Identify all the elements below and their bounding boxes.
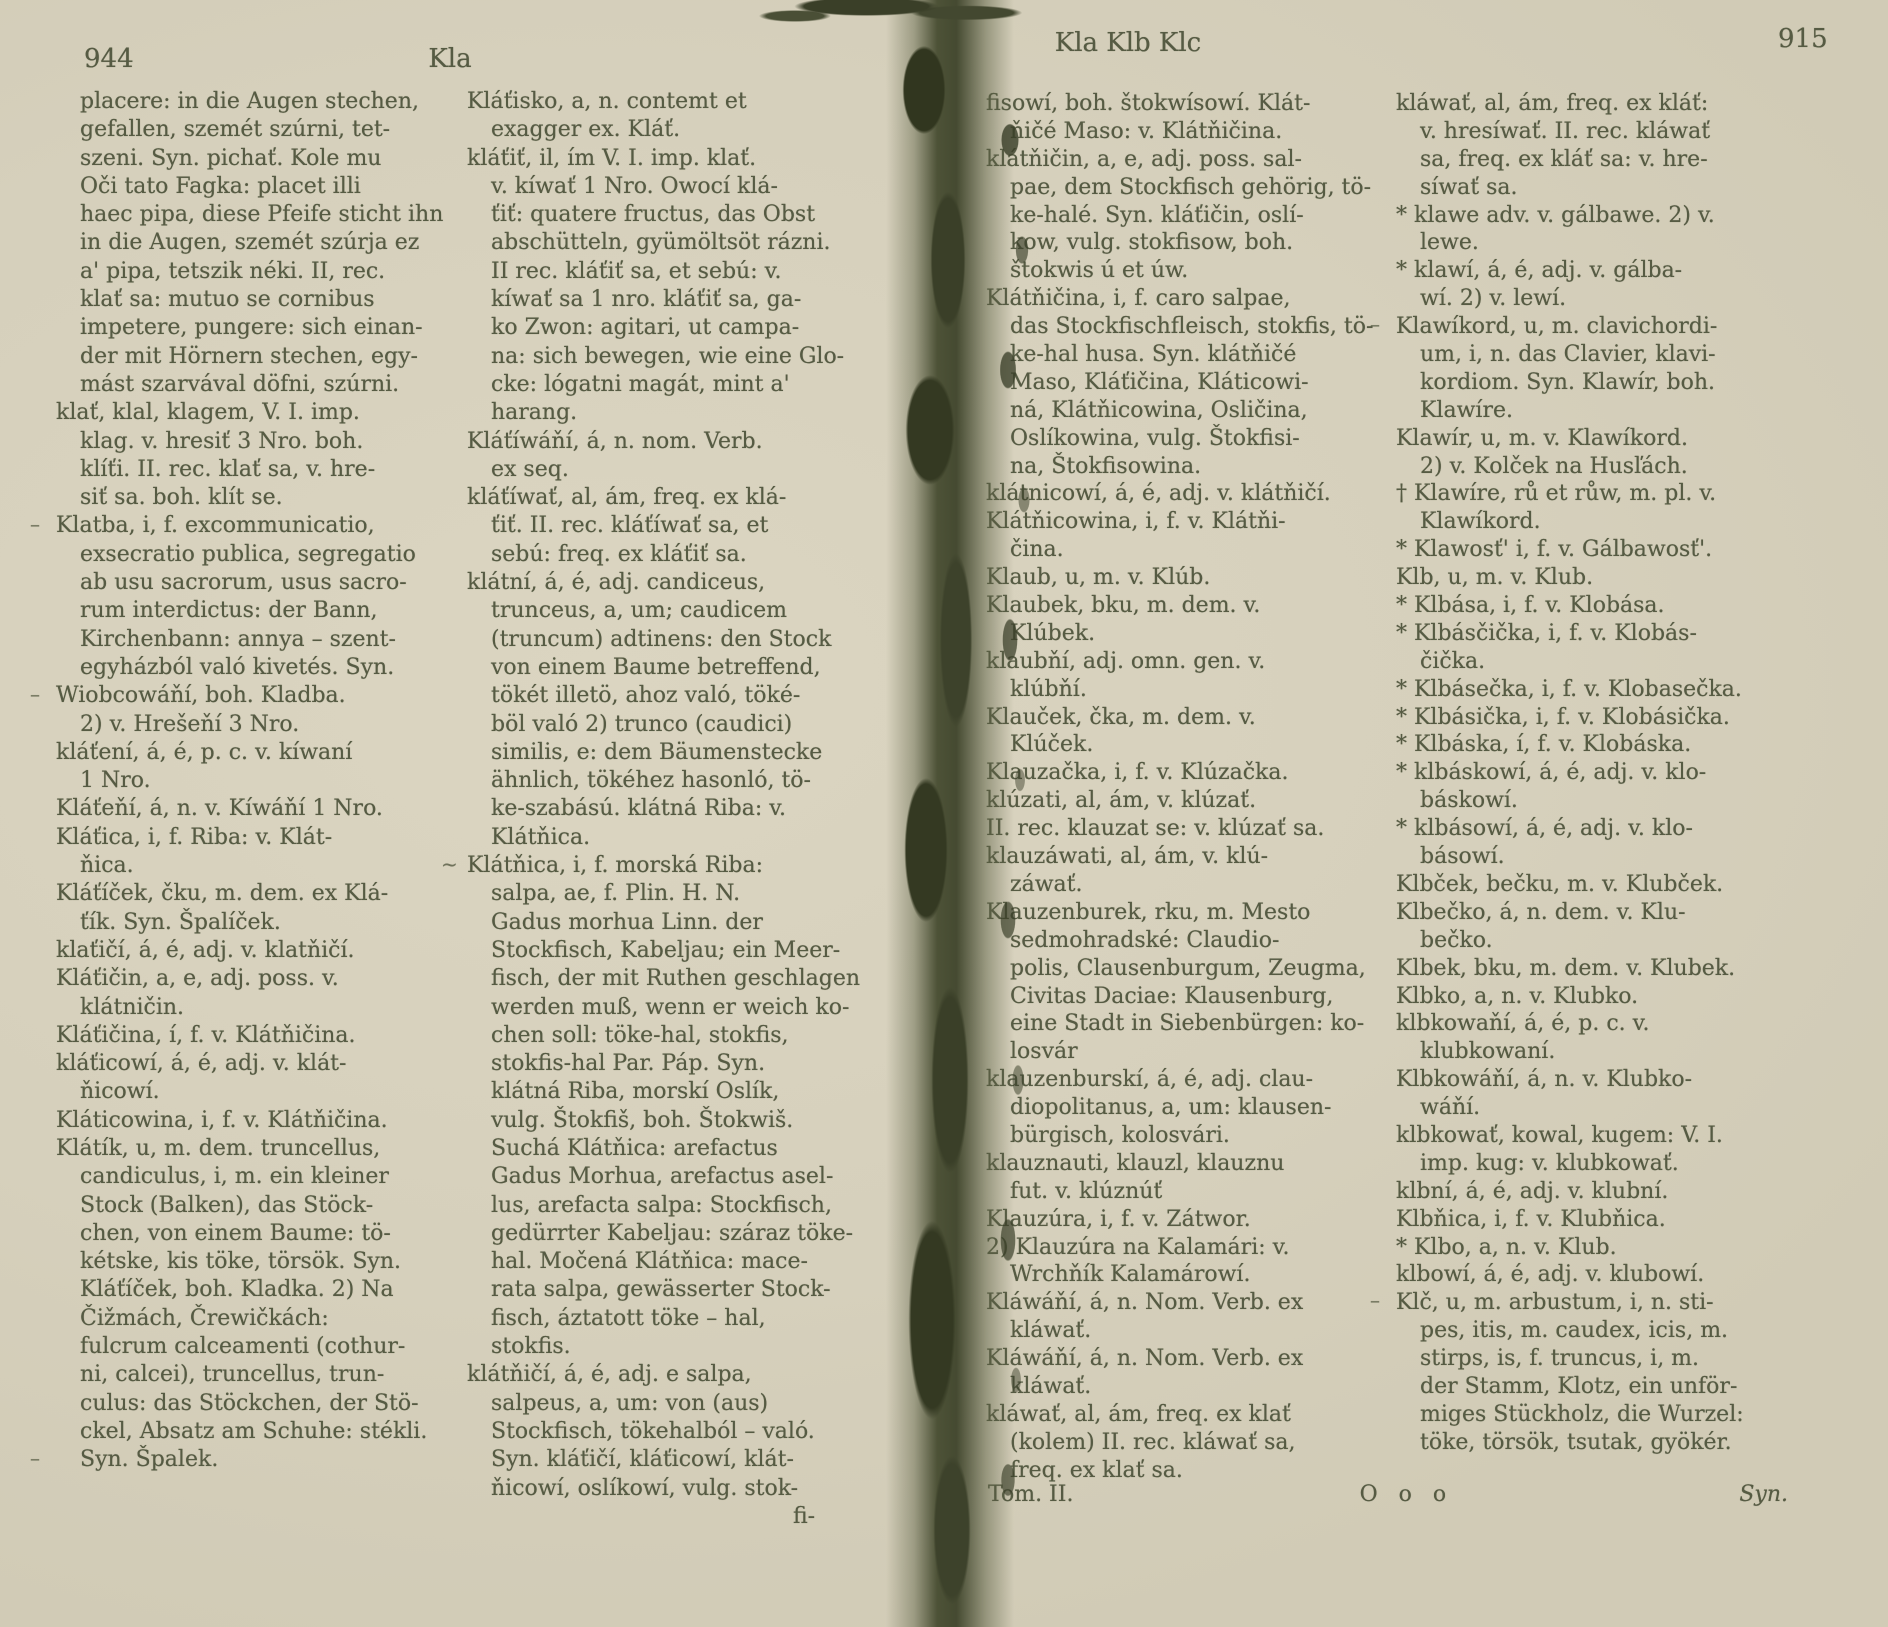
text-line: stokfis. — [467, 1333, 907, 1361]
line-text: Kláwáňí, á, n. Nom. Verb. ex — [986, 1290, 1303, 1315]
text-line: hal. Močená Klátňica: mace- — [467, 1248, 907, 1276]
line-text: fisowí, boh. štokwísowí. Klát- — [986, 91, 1310, 116]
line-text: 2) Klauzúra na Kalamári: v. — [986, 1235, 1289, 1260]
text-line: klátní, á, é, adj. candiceus, — [467, 569, 907, 597]
text-line: 2) Klauzúra na Kalamári: v. — [986, 1234, 1398, 1262]
line-text: egyházból való kivetés. Syn. — [80, 655, 394, 680]
text-line: * Klbása, i, f. v. Klobása. — [1396, 592, 1848, 620]
text-line: * klawe adv. v. gálbawe. 2) v. — [1396, 202, 1848, 230]
line-text: sedmohradské: Claudio- — [1010, 928, 1279, 953]
line-text: stirps, is, f. truncus, i, m. — [1420, 1346, 1699, 1371]
line-text: ke-szabású. klátná Riba: v. — [491, 796, 786, 821]
line-text: * klbáskowí, á, é, adj. v. klo- — [1396, 760, 1706, 785]
line-text: ckel, Absatz am Schuhe: stékli. — [80, 1419, 427, 1444]
line-text: siť sa. boh. klít se. — [80, 485, 283, 510]
line-text: rum interdictus: der Bann, — [80, 598, 378, 623]
line-text: klbní, á, é, adj. v. klubní. — [1396, 1179, 1668, 1204]
text-line: ähnlich, tökéhez hasonló, tö- — [467, 767, 907, 795]
dictionary-column-right-2: kláwať, al, ám, freq. ex kláť:v. hresíwa… — [1396, 90, 1848, 1457]
line-text: Klátňicowina, i, f. v. Klátňi- — [986, 509, 1286, 534]
line-text: Syn. kláťičí, kláťicowí, klát- — [491, 1447, 794, 1472]
line-text: chen soll: töke-hal, stokfis, — [491, 1023, 789, 1048]
text-line: ni, calcei), truncellus, trun- — [56, 1361, 458, 1389]
line-text: Klauzúra, i, f. v. Zátwor. — [986, 1207, 1251, 1232]
line-text: vulg. Štokfiš, boh. Štokwiš. — [491, 1108, 793, 1133]
text-line: ňičé Maso: v. Klátňičina. — [986, 118, 1398, 146]
text-line: Klátňičina, i, f. caro salpae, — [986, 285, 1398, 313]
text-line: klať sa: mutuo se cornibus — [56, 286, 458, 314]
text-line: fisowí, boh. štokwísowí. Klát- — [986, 90, 1398, 118]
text-line: * Klbásečka, i, f. v. Klobasečka. — [1396, 676, 1848, 704]
line-text: klať, klal, klagem, V. I. imp. — [56, 400, 360, 425]
text-line: um, i, n. das Clavier, klavi- — [1396, 341, 1848, 369]
line-text: salpeus, a, um: von (aus) — [491, 1391, 768, 1416]
text-line: v. hresíwať. II. rec. kláwať — [1396, 118, 1848, 146]
text-line: ťík. Syn. Špalíček. — [56, 909, 458, 937]
line-text: ex seq. — [491, 457, 569, 482]
line-text: imp. kug: v. klubkowať. — [1420, 1151, 1679, 1176]
text-line: 2) v. Kolček na Husľách. — [1396, 453, 1848, 481]
line-text: Kláťisko, a, n. contemt et — [467, 89, 747, 114]
text-line: Suchá Klátňica: arefactus — [467, 1135, 907, 1163]
text-line: das Stockfischfleisch, stokfis, tö- — [986, 313, 1398, 341]
line-text: Stockfisch, tökehalból – való. — [491, 1419, 815, 1444]
text-line: kláwať, al, ám, freq. ex klať — [986, 1401, 1398, 1429]
text-line: básowí. — [1396, 843, 1848, 871]
text-line: bečko. — [1396, 927, 1848, 955]
text-line: Klbňica, i, f. v. Klubňica. — [1396, 1206, 1848, 1234]
line-text: Wiobcowáňí, boh. Kladba. — [56, 683, 346, 708]
text-line: klauzenburskí, á, é, adj. clau- — [986, 1066, 1398, 1094]
text-line: kláwať. — [986, 1373, 1398, 1401]
text-line: Syn. kláťičí, kláťicowí, klát- — [467, 1446, 907, 1474]
line-text: Klawír, u, m. v. Klawíkord. — [1396, 426, 1688, 451]
text-line: Klbečko, á, n. dem. v. Klu- — [1396, 899, 1848, 927]
text-line: Kláťíček, čku, m. dem. ex Klá- — [56, 880, 458, 908]
line-text: Kláťičin, a, e, adj. poss. v. — [56, 966, 339, 991]
text-line: čina. — [986, 536, 1398, 564]
text-line: kláťicowí, á, é, adj. v. klát- — [56, 1050, 458, 1078]
text-line: ke-hal husa. Syn. klátňičé — [986, 341, 1398, 369]
text-line: klbowí, á, é, adj. v. klubowí. — [1396, 1261, 1848, 1289]
line-text: Klbečko, á, n. dem. v. Klu- — [1396, 900, 1686, 925]
text-line: ťiť: quatere fructus, das Obst — [467, 201, 907, 229]
text-line: klátnicowí, á, é, adj. v. klátňičí. — [986, 480, 1398, 508]
line-text: Klauzenburek, rku, m. Mesto — [986, 900, 1310, 925]
text-line: cke: lógatni magát, mint a' — [467, 371, 907, 399]
line-text: Suchá Klátňica: arefactus — [491, 1136, 778, 1161]
text-line: ťiť. II. rec. kláťíwať sa, et — [467, 512, 907, 540]
text-line: Klbek, bku, m. dem. v. Klubek. — [1396, 955, 1848, 983]
line-text: básowí. — [1420, 844, 1505, 869]
text-line: 1 Nro. — [56, 767, 458, 795]
text-line: salpa, ae, f. Plin. H. N. — [467, 880, 907, 908]
text-line: exsecratio publica, segregatio — [56, 541, 458, 569]
text-line: losvár — [986, 1038, 1398, 1066]
line-text: Klč, u, m. arbustum, i, n. sti- — [1396, 1290, 1714, 1315]
text-line: Kláticowina, i, f. v. Klátňičina. — [56, 1107, 458, 1135]
text-line: sa, freq. ex kláť sa: v. hre- — [1396, 146, 1848, 174]
text-line: fisch, der mit Ruthen geschlagen — [467, 965, 907, 993]
line-text: bürgisch, kolosvári. — [1010, 1123, 1230, 1148]
text-line: Kláťisko, a, n. contemt et — [467, 88, 907, 116]
text-line: –Wiobcowáňí, boh. Kladba. — [56, 682, 458, 710]
text-line: záwať. — [986, 871, 1398, 899]
text-line: klaťičí, á, é, adj. v. klatňičí. — [56, 937, 458, 965]
text-line: na: sich bewegen, wie eine Glo- — [467, 343, 907, 371]
running-head-right: Kla Klb Klc — [998, 28, 1258, 58]
margin-mark: – — [30, 680, 40, 708]
text-line: Civitas Daciae: Klausenburg, — [986, 983, 1398, 1011]
text-line: sebú: freq. ex kláťiť sa. — [467, 541, 907, 569]
text-line: lus, arefacta salpa: Stockfisch, — [467, 1192, 907, 1220]
line-text: * Klbáska, í, f. v. Klobáska. — [1396, 732, 1691, 757]
line-text: a' pipa, tetszik néki. II, rec. — [80, 259, 385, 284]
text-line: rata salpa, gewässerter Stock- — [467, 1276, 907, 1304]
text-line: Klátňica. — [467, 824, 907, 852]
text-line: klbní, á, é, adj. v. klubní. — [1396, 1178, 1848, 1206]
line-text: placere: in die Augen stechen, — [80, 89, 419, 114]
text-line: klíťi. II. rec. klať sa, v. hre- — [56, 456, 458, 484]
line-text: Kláťica, i, f. Riba: v. Klát- — [56, 825, 332, 850]
line-text: sebú: freq. ex kláťiť sa. — [491, 542, 747, 567]
margin-mark: – — [30, 510, 40, 538]
text-line: tökét illetö, ahoz való, töké- — [467, 682, 907, 710]
line-text: kétske, kis töke, törsök. Syn. — [80, 1249, 401, 1274]
line-text: exsecratio publica, segregatio — [80, 542, 416, 567]
line-text: stokfis-hal Par. Páp. Syn. — [491, 1051, 765, 1076]
text-line: der mit Hörnern stechen, egy- — [56, 343, 458, 371]
text-line: † Klawíre, rů et růw, m. pl. v. — [1396, 480, 1848, 508]
line-text: klauzáwati, al, ám, v. klú- — [986, 844, 1268, 869]
line-text: klíťi. II. rec. klať sa, v. hre- — [80, 457, 375, 482]
text-line: síwať sa. — [1396, 174, 1848, 202]
line-text: böl való 2) trunco (caudici) — [491, 712, 792, 737]
line-text: freq. ex klať sa. — [1010, 1458, 1183, 1483]
text-line: –Klatba, i, f. excommunicatio, — [56, 512, 458, 540]
text-line: wí. 2) v. lewí. — [1396, 285, 1848, 313]
line-text: gedürrter Kabeljau: száraz töke- — [491, 1221, 853, 1246]
text-line: –Klawíkord, u, m. clavichordi- — [1396, 313, 1848, 341]
text-line: der Stamm, Klotz, ein unför- — [1396, 1373, 1848, 1401]
text-line: klbkowať, kowal, kugem: V. I. — [1396, 1122, 1848, 1150]
line-text: ab usu sacrorum, usus sacro- — [80, 570, 407, 595]
line-text: Civitas Daciae: Klausenburg, — [1010, 984, 1333, 1009]
line-text: klátnicowí, á, é, adj. v. klátňičí. — [986, 481, 1331, 506]
text-line: werden muß, wenn er weich ko- — [467, 994, 907, 1022]
line-text: Stockfisch, Kabeljau; ein Meer- — [491, 938, 840, 963]
line-text: Klbček, bečku, m. v. Klubček. — [1396, 872, 1723, 897]
text-line: a' pipa, tetszik néki. II, rec. — [56, 258, 458, 286]
text-line: ňica. — [56, 852, 458, 880]
text-line: * klbásowí, á, é, adj. v. klo- — [1396, 815, 1848, 843]
line-text: v. hresíwať. II. rec. kláwať — [1420, 119, 1710, 144]
line-text: das Stockfischfleisch, stokfis, tö- — [1010, 314, 1373, 339]
line-text: fisch, der mit Ruthen geschlagen — [491, 966, 860, 991]
text-line: gefallen, szemét szúrni, tet- — [56, 116, 458, 144]
text-line: Klauček, čka, m. dem. v. — [986, 704, 1398, 732]
line-text: na: sich bewegen, wie eine Glo- — [491, 344, 844, 369]
text-line: 2) v. Hrešeňí 3 Nro. — [56, 711, 458, 739]
text-line: harang. — [467, 399, 907, 427]
line-text: Kláticowina, i, f. v. Klátňičina. — [56, 1108, 388, 1133]
text-line: v. kíwať 1 Nro. Owocí klá- — [467, 173, 907, 201]
line-text: klať sa: mutuo se cornibus — [80, 287, 375, 312]
line-text: kláwať, al, ám, freq. ex kláť: — [1396, 91, 1708, 116]
text-line: szeni. Syn. pichať. Kole mu — [56, 145, 458, 173]
text-line: klať, klal, klagem, V. I. imp. — [56, 399, 458, 427]
text-line: Oslíkowina, vulg. Štokfisi- — [986, 425, 1398, 453]
text-line: böl való 2) trunco (caudici) — [467, 711, 907, 739]
text-line: kordiom. Syn. Klawír, boh. — [1396, 369, 1848, 397]
line-text: werden muß, wenn er weich ko- — [491, 995, 849, 1020]
text-line: Gadus morhua Linn. der — [467, 909, 907, 937]
line-text: abschütteln, gyümöltsöt rázni. — [491, 230, 831, 255]
text-line: Klaubek, bku, m. dem. v. — [986, 592, 1398, 620]
text-line: fulcrum calceamenti (cothur- — [56, 1333, 458, 1361]
text-line: culus: das Stöckchen, der Stö- — [56, 1390, 458, 1418]
text-line: ňicowí, oslíkowí, vulg. stok- — [467, 1475, 907, 1503]
dictionary-column-left-2: Kláťisko, a, n. contemt etexagger ex. Kl… — [467, 88, 907, 1503]
text-line: von einem Baume betreffend, — [467, 654, 907, 682]
text-line: Maso, Kláťičina, Kláticowi- — [986, 369, 1398, 397]
text-line: trunceus, a, um; caudicem — [467, 597, 907, 625]
dictionary-column-right-1: fisowí, boh. štokwísowí. Klát-ňičé Maso:… — [986, 90, 1398, 1485]
text-line: kláťiť, il, ím V. I. imp. klať. — [467, 145, 907, 173]
text-line: Gadus Morhua, arefactus asel- — [467, 1163, 907, 1191]
text-line: ke-halé. Syn. kláťičin, oslí- — [986, 202, 1398, 230]
line-text: candiculus, i, m. ein kleiner — [80, 1164, 389, 1189]
text-line: –Klč, u, m. arbustum, i, n. sti- — [1396, 1289, 1848, 1317]
text-line: kláwať, al, ám, freq. ex kláť: — [1396, 90, 1848, 118]
text-line: Klawíkord. — [1396, 508, 1848, 536]
line-text: similis, e: dem Bäumenstecke — [491, 740, 822, 765]
text-line: * Klbo, a, n. v. Klub. — [1396, 1234, 1848, 1262]
line-text: Kláťeňí, á, n. v. Kíwáňí 1 Nro. — [56, 796, 383, 821]
text-line: * Klbásčička, i, f. v. Klobás- — [1396, 620, 1848, 648]
signature-mark: O o o — [1360, 1482, 1454, 1507]
line-text: klauznauti, klauzl, klauznu — [986, 1151, 1284, 1176]
line-text: štokwis ú et úw. — [1010, 258, 1188, 283]
line-text: na, Štokfisowina. — [1010, 454, 1201, 479]
line-text: Wrchňík Kalamárowí. — [1010, 1262, 1250, 1287]
text-line: * klbáskowí, á, é, adj. v. klo- — [1396, 759, 1848, 787]
text-line: klauznauti, klauzl, klauznu — [986, 1150, 1398, 1178]
line-text: fut. v. klúznúť — [1010, 1179, 1162, 1204]
text-line: * Klbásička, i, f. v. Klobásička. — [1396, 704, 1848, 732]
line-text: losvár — [1010, 1039, 1078, 1064]
text-line: salpeus, a, um: von (aus) — [467, 1390, 907, 1418]
text-line: Klúček. — [986, 731, 1398, 759]
text-line: ckel, Absatz am Schuhe: stékli. — [56, 1418, 458, 1446]
text-line: * Klawosť' i, f. v. Gálbawosť'. — [1396, 536, 1848, 564]
text-line: Kirchenbann: annya – szent- — [56, 626, 458, 654]
line-text: tökét illetö, ahoz való, töké- — [491, 683, 800, 708]
text-line: in die Augen, szemét szúrja ez — [56, 229, 458, 257]
text-line: mást szarvával döfni, szúrni. — [56, 371, 458, 399]
line-text: pes, itis, m. caudex, icis, m. — [1420, 1318, 1728, 1343]
line-text: ťiť: quatere fructus, das Obst — [491, 202, 815, 227]
text-line: Oči tato Fagka: placet illi — [56, 173, 458, 201]
line-text: Klawíkord. — [1420, 509, 1541, 534]
text-line: stokfis-hal Par. Páp. Syn. — [467, 1050, 907, 1078]
text-line: Klaub, u, m. v. Klúb. — [986, 564, 1398, 592]
text-line: Kláwáňí, á, n. Nom. Verb. ex — [986, 1345, 1398, 1373]
line-text: fisch, áztatott töke – hal, — [491, 1306, 766, 1331]
line-text: der Stamm, Klotz, ein unför- — [1420, 1374, 1737, 1399]
text-line: klátničin. — [56, 994, 458, 1022]
line-text: Gadus Morhua, arefactus asel- — [491, 1164, 833, 1189]
line-text: ňicowí, oslíkowí, vulg. stok- — [491, 1476, 798, 1501]
line-text: kláťiť, il, ím V. I. imp. klať. — [467, 146, 756, 171]
top-edge-smudge — [752, 0, 1038, 32]
line-text: Kirchenbann: annya – szent- — [80, 627, 396, 652]
text-line: polis, Clausenburgum, Zeugma, — [986, 955, 1398, 983]
line-text: kláťíwať, al, ám, freq. ex klá- — [467, 485, 786, 510]
text-line: imp. kug: v. klubkowať. — [1396, 1150, 1848, 1178]
text-line: vulg. Štokfiš, boh. Štokwiš. — [467, 1107, 907, 1135]
text-line: Klawíre. — [1396, 397, 1848, 425]
text-line: klaubňí, adj. omn. gen. v. — [986, 648, 1398, 676]
line-text: haec pipa, diese Pfeife sticht ihn — [80, 202, 443, 227]
line-text: * Klbásčička, i, f. v. Klobás- — [1396, 621, 1697, 646]
line-text: Maso, Kláťičina, Kláticowi- — [1010, 370, 1309, 395]
text-line: ko Zwon: agitari, ut campa- — [467, 314, 907, 342]
line-text: * Klbásečka, i, f. v. Klobasečka. — [1396, 677, 1742, 702]
text-line: stirps, is, f. truncus, i, m. — [1396, 1345, 1848, 1373]
line-text: Klátňica, i, f. morská Riba: — [467, 853, 763, 878]
text-line: ab usu sacrorum, usus sacro- — [56, 569, 458, 597]
line-text: II rec. kláťiť sa, et sebú: v. — [491, 259, 781, 284]
line-text: cke: lógatni magát, mint a' — [491, 372, 790, 397]
line-text: wí. 2) v. lewí. — [1420, 286, 1566, 311]
text-line: Wrchňík Kalamárowí. — [986, 1261, 1398, 1289]
line-text: 2) v. Hrešeňí 3 Nro. — [80, 712, 299, 737]
line-text: mást szarvával döfni, szúrni. — [80, 372, 399, 397]
line-text: Klbek, bku, m. dem. v. Klubek. — [1396, 956, 1735, 981]
line-text: ňičé Maso: v. Klátňičina. — [1010, 119, 1282, 144]
line-text: Klawíre. — [1420, 398, 1513, 423]
line-text: II. rec. klauzat se: v. klúzať sa. — [986, 816, 1324, 841]
line-text: kíwať sa 1 nro. kláťiť sa, ga- — [491, 287, 801, 312]
text-line: rum interdictus: der Bann, — [56, 597, 458, 625]
text-line: kétske, kis töke, törsök. Syn. — [56, 1248, 458, 1276]
margin-mark: ~ — [441, 850, 458, 878]
line-text: Klauzačka, i, f. v. Klúzačka. — [986, 760, 1289, 785]
line-text: síwať sa. — [1420, 175, 1518, 200]
line-text: Čižmách, Črewičkách: — [80, 1306, 329, 1331]
text-line: Klawír, u, m. v. Klawíkord. — [1396, 425, 1848, 453]
line-text: eine Stadt in Siebenbürgen: ko- — [1010, 1011, 1364, 1036]
text-line: Klauzačka, i, f. v. Klúzačka. — [986, 759, 1398, 787]
line-text: ke-halé. Syn. kláťičin, oslí- — [1010, 203, 1304, 228]
line-text: klubkowaní. — [1420, 1039, 1555, 1064]
line-text: Kláťíček, čku, m. dem. ex Klá- — [56, 881, 388, 906]
text-line: Klúbek. — [986, 620, 1398, 648]
text-line: (kolem) II. rec. kláwať sa, — [986, 1429, 1398, 1457]
line-text: kordiom. Syn. Klawír, boh. — [1420, 370, 1715, 395]
text-line: klubkowaní. — [1396, 1038, 1848, 1066]
line-text: ähnlich, tökéhez hasonló, tö- — [491, 768, 811, 793]
text-line: töke, törsök, tsutak, gyökér. — [1396, 1429, 1848, 1457]
line-text: ko Zwon: agitari, ut campa- — [491, 315, 799, 340]
text-line: Kláťičina, í, f. v. Klátňičina. — [56, 1022, 458, 1050]
line-text: exagger ex. Kláť. — [491, 117, 680, 142]
volume-label: Tom. II. — [988, 1482, 1073, 1507]
text-line: kláťíwať, al, ám, freq. ex klá- — [467, 484, 907, 512]
text-line: gedürrter Kabeljau: száraz töke- — [467, 1220, 907, 1248]
text-line: Kláťeňí, á, n. v. Kíwáňí 1 Nro. — [56, 795, 458, 823]
text-line: * Klbáska, í, f. v. Klobáska. — [1396, 731, 1848, 759]
text-line: sedmohradské: Claudio- — [986, 927, 1398, 955]
text-line: klag. v. hresiť 3 Nro. boh. — [56, 428, 458, 456]
line-text: * klawí, á, é, adj. v. gálba- — [1396, 258, 1682, 283]
text-line: Stock (Balken), das Stöck- — [56, 1192, 458, 1220]
line-text: polis, Clausenburgum, Zeugma, — [1010, 956, 1366, 981]
line-text: fulcrum calceamenti (cothur- — [80, 1334, 405, 1359]
line-text: (kolem) II. rec. kláwať sa, — [1010, 1430, 1296, 1455]
text-line: lewe. — [1396, 229, 1848, 257]
line-text: diopolitanus, a, um: klausen- — [1010, 1095, 1331, 1120]
line-text: Kláťičina, í, f. v. Klátňičina. — [56, 1023, 356, 1048]
line-text: (truncum) adtinens: den Stock — [491, 627, 831, 652]
text-line: klátňičí, á, é, adj. e salpa, — [467, 1361, 907, 1389]
line-text: ňica. — [80, 853, 134, 878]
line-text: lewe. — [1420, 230, 1479, 255]
line-text: ke-hal husa. Syn. klátňičé — [1010, 342, 1296, 367]
line-text: sa, freq. ex kláť sa: v. hre- — [1420, 147, 1708, 172]
margin-mark: – — [30, 1444, 40, 1472]
text-line: Klb, u, m. v. Klub. — [1396, 564, 1848, 592]
text-line: Klátňicowina, i, f. v. Klátňi- — [986, 508, 1398, 536]
line-text: klátňičin, a, e, adj. poss. sal- — [986, 147, 1302, 172]
text-line: Klauzenburek, rku, m. Mesto — [986, 899, 1398, 927]
text-line: freq. ex klať sa. — [986, 1457, 1398, 1485]
text-line: štokwis ú et úw. — [986, 257, 1398, 285]
line-text: ná, Klátňicowina, Osličina, — [1010, 398, 1308, 423]
line-text: Klb, u, m. v. Klub. — [1396, 565, 1593, 590]
text-line: ná, Klátňicowina, Osličina, — [986, 397, 1398, 425]
text-line: chen soll: töke-hal, stokfis, — [467, 1022, 907, 1050]
line-text: ňicowí. — [80, 1079, 160, 1104]
line-text: in die Augen, szemét szúrja ez — [80, 230, 419, 255]
line-text: klátná Riba, morskí Oslík, — [491, 1079, 779, 1104]
line-text: v. kíwať 1 Nro. Owocí klá- — [491, 174, 778, 199]
line-text: klaťičí, á, é, adj. v. klatňičí. — [56, 938, 355, 963]
line-text: Klátík, u, m. dem. truncellus, — [56, 1136, 380, 1161]
line-text: Klbkowáňí, á, n. v. Klubko- — [1396, 1067, 1692, 1092]
line-text: čička. — [1420, 649, 1485, 674]
line-text: klátňičí, á, é, adj. e salpa, — [467, 1362, 752, 1387]
line-text: čina. — [1010, 537, 1064, 562]
line-text: Kláťíček, boh. Kladka. 2) Na — [80, 1277, 394, 1302]
line-text: klátničin. — [80, 995, 184, 1020]
text-line: ňicowí. — [56, 1078, 458, 1106]
line-text: bečko. — [1420, 928, 1493, 953]
line-text: klátní, á, é, adj. candiceus, — [467, 570, 765, 595]
line-text: Klbňica, i, f. v. Klubňica. — [1396, 1207, 1666, 1232]
text-line: klbkowaňí, á, é, p. c. v. — [1396, 1010, 1848, 1038]
text-line: chen, von einem Baume: tö- — [56, 1220, 458, 1248]
text-line: eine Stadt in Siebenbürgen: ko- — [986, 1010, 1398, 1038]
text-line: diopolitanus, a, um: klausen- — [986, 1094, 1398, 1122]
line-text: kláwať, al, ám, freq. ex klať — [986, 1402, 1291, 1427]
line-text: * Klbo, a, n. v. Klub. — [1396, 1235, 1617, 1260]
text-line: placere: in die Augen stechen, — [56, 88, 458, 116]
line-text: Klúček. — [1010, 732, 1093, 757]
text-line: klauzáwati, al, ám, v. klú- — [986, 843, 1398, 871]
text-line: Klbček, bečku, m. v. Klubček. — [1396, 871, 1848, 899]
